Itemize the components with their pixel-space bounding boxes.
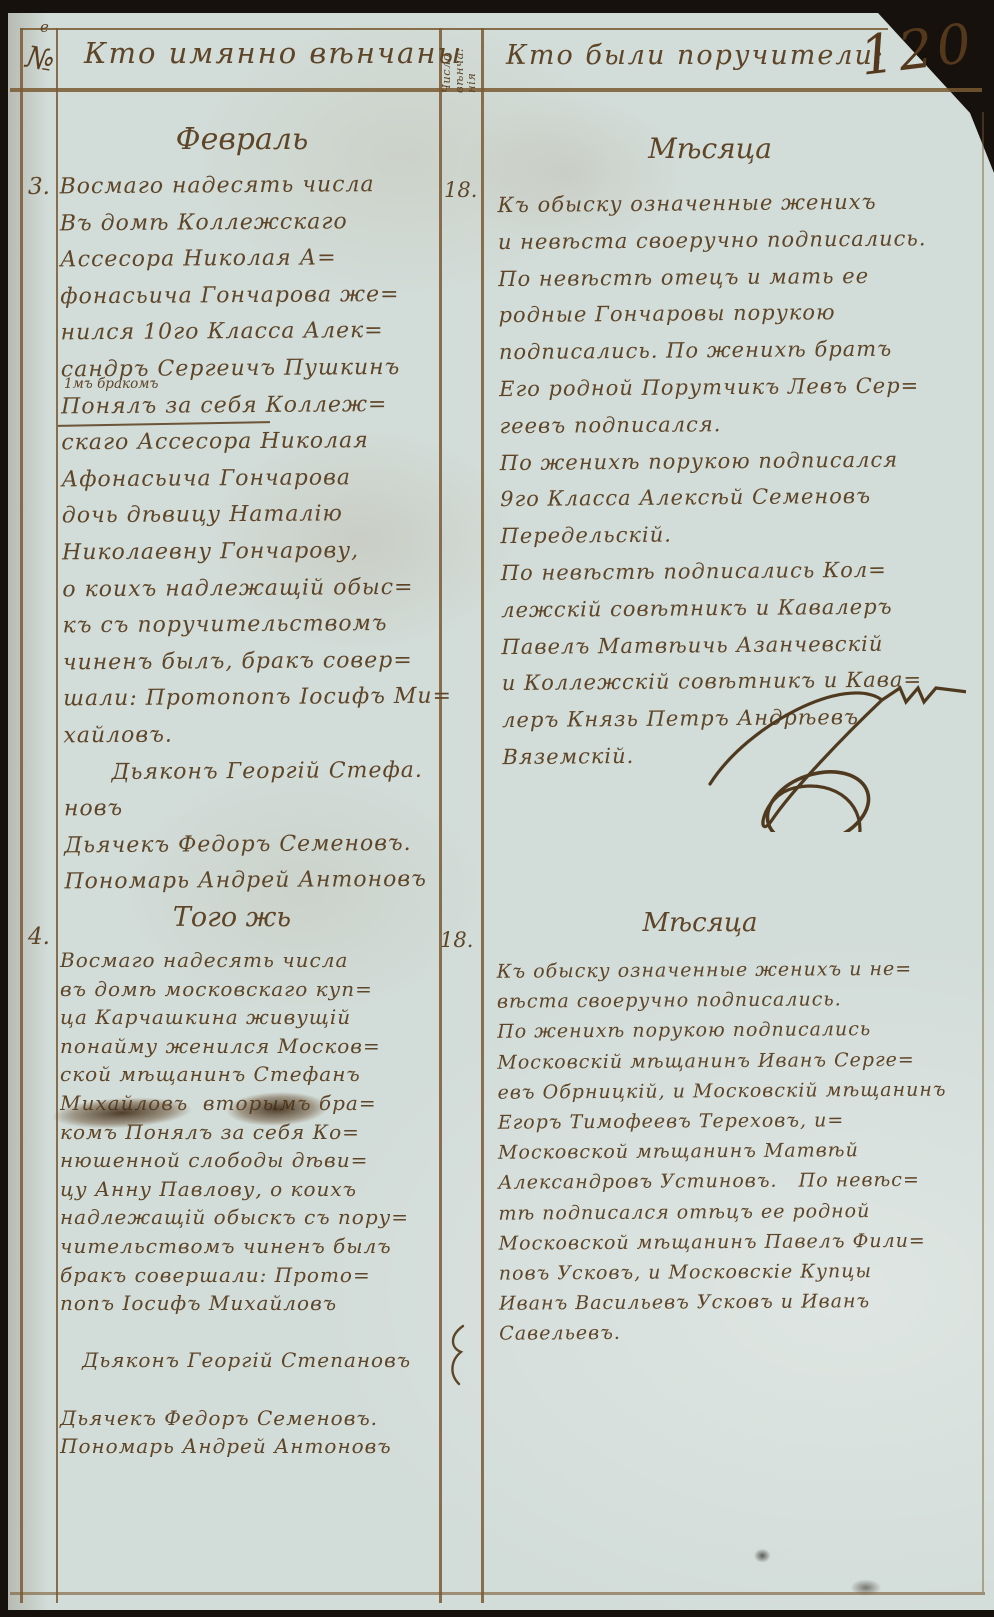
handwritten-line: бракъ совершали: Прото= [60,1261,442,1290]
flourish-signature [696,672,966,832]
handwritten-line: понайму женился Москов= [60,1032,442,1061]
handwritten-line: нія [465,27,478,93]
handwritten-line: родные Гончаровы порукою [498,293,976,334]
entry-2-month-heading: Того жь [62,902,402,933]
handwritten-line: Ассесора Николая А= [60,240,440,279]
entry-1-interline-note: 1мъ бракомъ [64,376,158,392]
handwritten-line: подписались. По женихѣ братъ [499,330,977,371]
handwritten-line [60,1375,442,1404]
manuscript-page: № е Кто имянно вѣнчаны Числовѣнча:нія Кт… [0,0,994,1617]
entry-2-number: 4. [28,924,50,950]
handwritten-line: шали: Протопопъ Іосифъ Ми= [63,679,443,718]
handwritten-line: новъ [64,789,444,828]
table-rule-right [982,112,984,1592]
handwritten-line: о коихъ надлежащій обыс= [62,569,442,608]
handwritten-line: и невѣста своеручно подписались. [498,220,976,261]
table-rule-mid-right [481,28,484,1603]
handwritten-line: По женихѣ порукою подписался [500,440,978,481]
entry-2-left-text: Восмаго надесять числавъ домѣ московскаг… [60,946,442,1461]
handwritten-line: По невѣстѣ отецъ и мать ее [498,257,976,298]
handwritten-line: Дьяконъ Георгій Стефа. [64,752,444,791]
handwritten-line: Къ обыску означенные женихъ [497,183,975,224]
handwritten-line: 9го Класса Алексѣй Семеновъ [500,477,978,518]
handwritten-line: Московской мѣщанинъ Матвѣй [498,1134,982,1168]
handwritten-line: Восмаго надесять числа [59,167,439,206]
vertical-header-text: Числовѣнча:нія [440,27,478,93]
handwritten-line: По невѣстѣ подписались Кол= [501,551,979,592]
handwritten-line: евъ Обрницкій, и Московскій мѣщанинъ [497,1074,981,1108]
handwritten-line: Въ домѣ Коллежскаго [60,203,440,242]
handwritten-line: Пономарь Андрей Антоновъ [64,862,444,901]
handwritten-line [60,1318,442,1347]
handwritten-line: тѣ подписался отѣцъ ее родной [498,1195,982,1229]
table-rule-left-outer [20,28,23,1603]
numero-superscript: е [40,18,49,36]
entry-1-right-heading: Мѣсяца [520,132,900,165]
handwritten-line: Къ обыску означенные женихъ и не= [497,953,981,987]
entry-2-date: 18. [440,928,473,952]
entry-1-number: 3. [28,174,50,200]
handwritten-line: Павелъ Матвѣичь Азанчевскій [501,624,979,665]
handwritten-line: къ съ поручительствомъ [63,606,443,645]
handwritten-line: Иванъ Васильевъ Усковъ и Иванъ [499,1285,983,1319]
handwritten-line: дочь дѣвицу Наталію [62,496,442,535]
handwritten-line: Московскій мѣщанинъ Иванъ Серге= [497,1044,981,1078]
table-rule-left-inner [56,28,58,1603]
entry-2-right-heading: Мѣсяца [520,908,880,938]
table-rule-header-bottom [10,88,982,92]
handwritten-line: ца Карчашкина живущій [60,1003,442,1032]
handwritten-line: Пономарь Андрей Антоновъ [60,1432,442,1461]
handwritten-line: попъ Іосифъ Михайловъ [60,1289,442,1318]
handwritten-line: цу Анну Павлову, о коихъ [60,1175,442,1204]
handwritten-line: Николаевну Гончарову, [62,533,442,572]
handwritten-line: чиненъ былъ, бракъ совер= [63,642,443,681]
handwritten-line: Передельскій. [500,514,978,555]
margin-squiggle [447,1322,469,1386]
handwritten-line: Его родной Порутчикъ Левъ Сер= [499,367,977,408]
column-header-who-married: Кто имянно вѣнчаны [84,36,463,70]
handwritten-line: чительствомъ чиненъ былъ [60,1232,442,1261]
handwritten-line: Понялъ за себя Коллеж= [61,386,441,425]
handwritten-line: скаго Ассесора Николая [61,423,441,462]
entry-1-month-heading: Февраль [62,122,422,157]
handwritten-line: нюшенной слободы дѣви= [60,1146,442,1175]
handwritten-line: ской мѣщанинъ Стефанъ [60,1060,442,1089]
handwritten-line: Дьячекъ Федоръ Семеновъ. [64,825,444,864]
handwritten-line: Число [440,27,453,93]
handwritten-line: лежскій совѣтникъ и Кавалеръ [501,588,979,629]
handwritten-line: Александровъ Устиновъ. По невѣс= [498,1165,982,1199]
handwritten-line: Савельевъ. [499,1316,983,1350]
handwritten-line: Московской мѣщанинъ Павелъ Фили= [499,1225,983,1259]
handwritten-line: въ домѣ московскаго куп= [60,975,442,1004]
handwritten-line: геевъ подписался. [499,404,977,445]
column-header-wedding-number: Числовѣнча:нія [433,22,487,88]
numero-mark: № [23,40,57,79]
handwritten-line: надлежащій обыскъ съ пору= [60,1203,442,1232]
entry-2-right-text: Къ обыску означенные женихъ и не=вѣста с… [497,953,984,1349]
handwritten-line: повъ Усковъ, и Московскіе Купцы [499,1255,983,1289]
handwritten-line: хайловъ. [63,716,443,755]
page-number: 120 [857,11,979,88]
handwritten-line: Дьяконъ Георгій Степановъ [60,1346,442,1375]
column-header-guarantors: Кто были поручители: [506,40,885,71]
handwritten-line: Егоръ Тимофеевъ Тереховъ, и= [498,1104,982,1138]
handwritten-line: Дьячекъ Федоръ Семеновъ. [60,1404,442,1433]
handwritten-line: Восмаго надесять числа [60,946,442,975]
handwritten-line: вѣста своеручно подписались. [497,984,981,1018]
handwritten-line: фонасьича Гончарова же= [60,276,440,315]
handwritten-line: Афонасьича Гончарова [61,459,441,498]
entry-1-date: 18. [444,178,477,202]
handwritten-line: нился 10го Класса Алек= [60,313,440,352]
entry-1-left-text: Восмаго надесять числаВъ домѣ Коллежскаг… [59,167,444,902]
table-rule-bottom [10,1592,985,1595]
handwritten-line: По женихѣ порукою подписались [497,1014,981,1048]
